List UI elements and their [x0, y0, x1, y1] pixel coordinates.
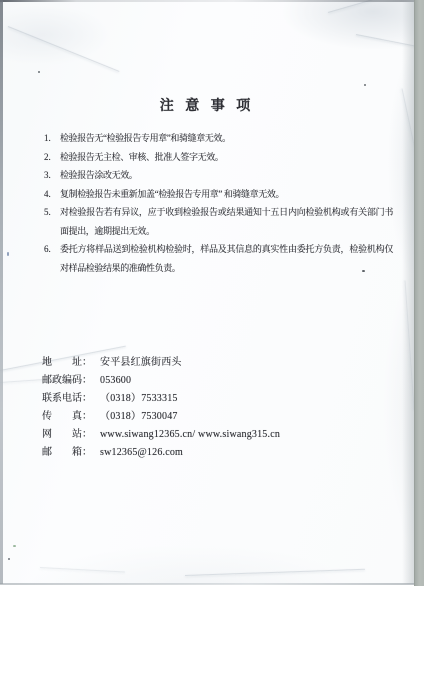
contact-value: 053600: [100, 372, 372, 390]
paper-edge-bottom: [0, 583, 414, 585]
notice-item: 1. 检验报告无“检验报告专用章”和骑缝章无效。: [44, 129, 393, 148]
notice-item: 6. 委托方将样品送到检验机构检验时，样品及其信息的真实性由委托方负责，检验机构…: [44, 240, 393, 277]
notice-text: 复制检验报告未重新加盖“检验报告专用章” 和骑缝章无效。: [60, 185, 393, 204]
contact-label: 邮 箱：: [42, 444, 100, 462]
scan-edge-left: [0, 0, 3, 584]
notice-item: 4. 复制检验报告未重新加盖“检验报告专用章” 和骑缝章无效。: [44, 185, 393, 204]
scan-speck: [13, 545, 16, 547]
paper-edge-shadow: [402, 0, 414, 584]
scan-speck: [7, 252, 9, 256]
scan-speck: [38, 71, 40, 73]
contact-label: 地 址：: [42, 354, 100, 372]
scanned-document: 注 意 事 项 1. 检验报告无“检验报告专用章”和骑缝章无效。 2. 检验报告…: [0, 0, 424, 700]
notice-item: 3. 检验报告涂改无效。: [44, 166, 393, 185]
notice-text: 检验报告无“检验报告专用章”和骑缝章无效。: [60, 129, 393, 148]
notice-number: 1.: [44, 129, 60, 148]
scan-speck: [8, 558, 10, 560]
page-title: 注 意 事 项: [0, 95, 414, 115]
notice-item: 5. 对检验报告若有异议，应于收到检验报告或结果通知十五日内向检验机构或有关部门…: [44, 203, 393, 240]
contact-value: 安平县红旗街西头: [100, 354, 372, 372]
notice-text: 检验报告涂改无效。: [60, 166, 393, 185]
scan-speck: [364, 84, 366, 86]
notice-number: 5.: [44, 203, 60, 240]
contact-value: www.siwang12365.cn/ www.siwang315.cn: [100, 426, 372, 444]
contact-value: （0318）7530047: [100, 408, 372, 426]
contact-row-address: 地 址： 安平县红旗街西头: [42, 354, 372, 372]
contact-label: 邮政编码：: [42, 372, 100, 390]
contact-row-email: 邮 箱： sw12365@126.com: [42, 444, 372, 462]
contact-block: 地 址： 安平县红旗街西头 邮政编码： 053600 联系电话： （0318）7…: [42, 354, 372, 462]
contact-label: 传 真：: [42, 408, 100, 426]
notice-item: 2. 检验报告无主检、审核、批准人签字无效。: [44, 148, 393, 167]
contact-label: 网 站：: [42, 426, 100, 444]
scan-edge-top: [0, 0, 424, 2]
notice-text: 检验报告无主检、审核、批准人签字无效。: [60, 148, 393, 167]
contact-value: sw12365@126.com: [100, 444, 372, 462]
notice-number: 6.: [44, 240, 60, 277]
contact-row-website: 网 站： www.siwang12365.cn/ www.siwang315.c…: [42, 426, 372, 444]
notice-number: 3.: [44, 166, 60, 185]
contact-row-phone: 联系电话： （0318）7533315: [42, 390, 372, 408]
notice-number: 4.: [44, 185, 60, 204]
contact-label: 联系电话：: [42, 390, 100, 408]
notice-text: 委托方将样品送到检验机构检验时，样品及其信息的真实性由委托方负责，检验机构仅对样…: [60, 240, 393, 277]
paper-sheet: [0, 0, 424, 584]
scanner-background-strip: [414, 0, 424, 586]
notice-text: 对检验报告若有异议，应于收到检验报告或结果通知十五日内向检验机构或有关部门书面提…: [60, 203, 393, 240]
contact-value: （0318）7533315: [100, 390, 372, 408]
notice-list: 1. 检验报告无“检验报告专用章”和骑缝章无效。 2. 检验报告无主检、审核、批…: [44, 129, 393, 277]
contact-row-fax: 传 真： （0318）7530047: [42, 408, 372, 426]
notice-number: 2.: [44, 148, 60, 167]
contact-row-postcode: 邮政编码： 053600: [42, 372, 372, 390]
